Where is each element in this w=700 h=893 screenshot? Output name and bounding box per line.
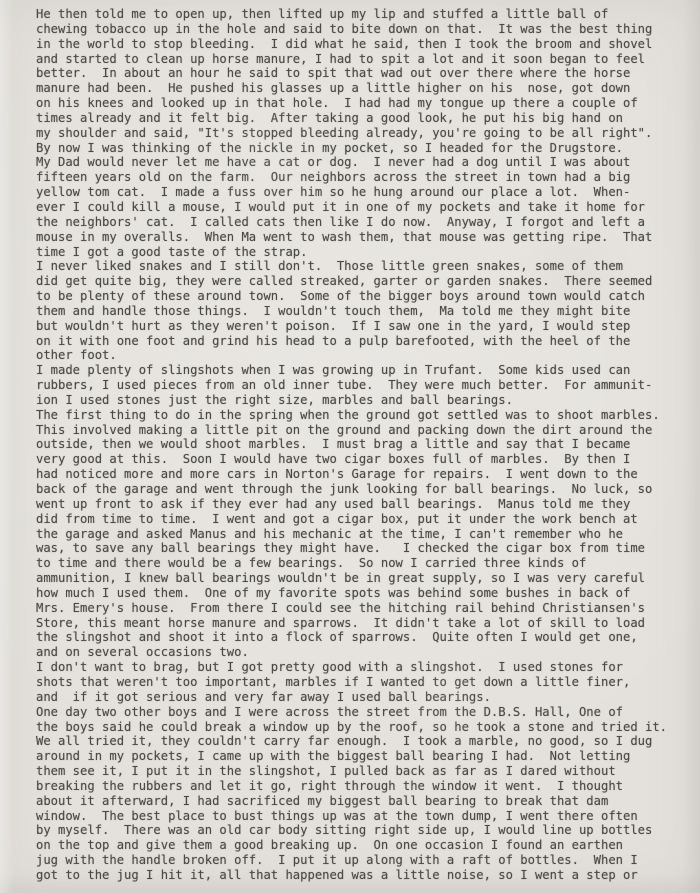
typewritten-text: He then told me to open up, then lifted … bbox=[36, 7, 667, 883]
document-page: He then told me to open up, then lifted … bbox=[0, 0, 700, 893]
